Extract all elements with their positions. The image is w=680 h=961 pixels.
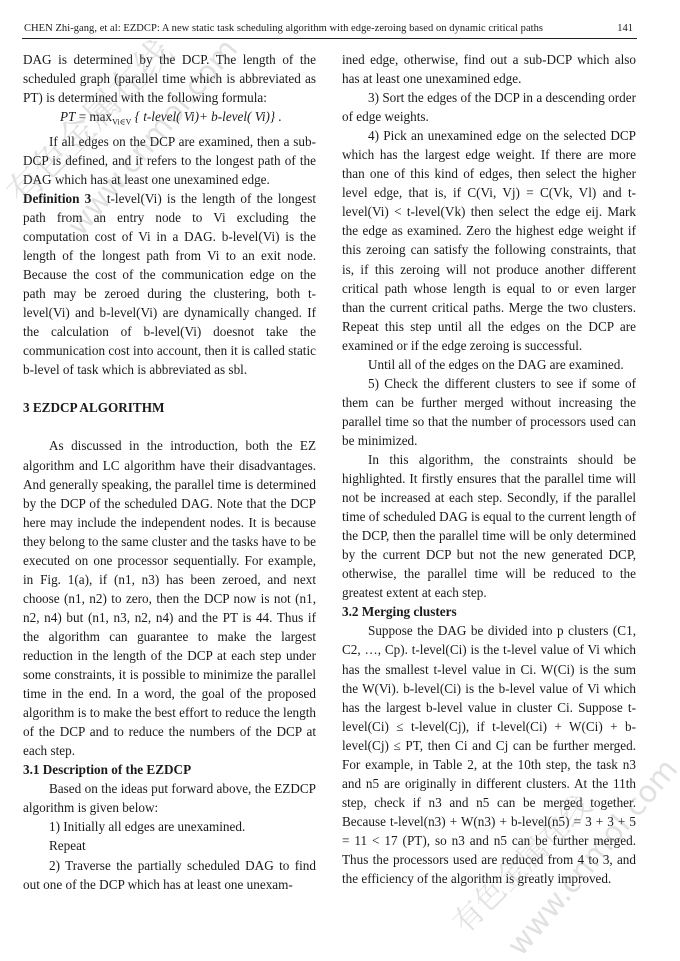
paragraph-pt-definition: DAG is determined by the DCP. The length… — [23, 50, 316, 107]
paragraph-sub-dcp: If all edges on the DCP are examined, th… — [23, 132, 316, 189]
algorithm-step-2-continued: ined edge, otherwise, find out a sub-DCP… — [342, 50, 636, 88]
formula-lhs: PT — [60, 109, 75, 124]
left-column: DAG is determined by the DCP. The length… — [23, 50, 316, 894]
paragraph-merging-clusters: Suppose the DAG be divided into p cluste… — [342, 621, 636, 888]
section-heading-3-1: 3.1 Description of the EZDCP — [23, 760, 316, 779]
section-heading-3-2: 3.2 Merging clusters — [342, 602, 636, 621]
algorithm-step-5: 5) Check the different clusters to see i… — [342, 374, 636, 450]
formula-subscript: Vi∈V — [112, 118, 131, 127]
section-heading-3: 3 EZDCP ALGORITHM — [23, 398, 316, 417]
algorithm-repeat: Repeat — [23, 836, 316, 855]
paragraph-ezdcp-intro: Based on the ideas put forward above, th… — [23, 779, 316, 817]
algorithm-step-4: 4) Pick an unexamined edge on the select… — [342, 126, 636, 355]
paragraph-algorithm-intro: As discussed in the introduction, both t… — [23, 436, 316, 760]
algorithm-until: Until all of the edges on the DAG are ex… — [342, 355, 636, 374]
running-head-title: CHEN Zhi-gang, et al: EZDCP: A new stati… — [24, 23, 543, 34]
formula-max: max — [89, 109, 112, 124]
definition-label: Definition 3 — [23, 191, 91, 206]
formula-eq: = — [75, 109, 89, 124]
definition-3: Definition 3 t-level(Vi) is the length o… — [23, 189, 316, 379]
right-column: ined edge, otherwise, find out a sub-DCP… — [342, 50, 636, 888]
algorithm-step-3: 3) Sort the edges of the DCP in a descen… — [342, 88, 636, 126]
page-number: 141 — [617, 23, 633, 34]
formula-body: { t-level( Vi)+ b-level( Vi)} . — [135, 109, 282, 124]
algorithm-step-2: 2) Traverse the partially scheduled DAG … — [23, 856, 316, 894]
algorithm-step-1: 1) Initially all edges are unexamined. — [23, 817, 316, 836]
paragraph-constraints: In this algorithm, the constraints shoul… — [342, 450, 636, 602]
definition-text: t-level(Vi) is the length of the longest… — [23, 191, 316, 377]
running-header: CHEN Zhi-gang, et al: EZDCP: A new stati… — [22, 20, 637, 39]
formula-pt: PT = maxVi∈V { t-level( Vi)+ b-level( Vi… — [23, 107, 316, 132]
